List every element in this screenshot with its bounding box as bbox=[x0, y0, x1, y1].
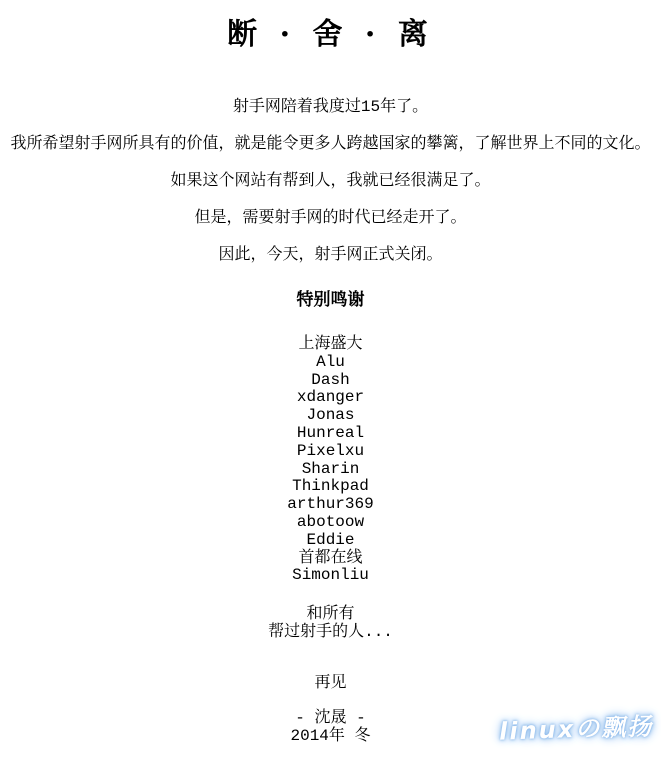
thanks-name: Hunreal bbox=[0, 425, 661, 443]
closing-line: 帮过射手的人... bbox=[0, 623, 661, 641]
thanks-name: Simonliu bbox=[0, 567, 661, 585]
thanks-name: 上海盛大 bbox=[0, 336, 661, 354]
thanks-name: Pixelxu bbox=[0, 443, 661, 461]
farewell-text: 再见 bbox=[0, 674, 661, 692]
thanks-name: abotoow bbox=[0, 514, 661, 532]
closing-lines: 和所有 帮过射手的人... bbox=[0, 605, 661, 641]
paragraph-line: 如果这个网站有帮到人，我就已经很满足了。 bbox=[0, 160, 661, 197]
closing-line: 和所有 bbox=[0, 605, 661, 623]
paragraph-line: 因此，今天，射手网正式关闭。 bbox=[0, 234, 661, 271]
watermark: linuxの飘扬 bbox=[498, 706, 653, 746]
page-title: 断 · 舍 · 离 bbox=[0, 0, 661, 54]
farewell-page: 断 · 舍 · 离 射手网陪着我度过15年了。 我所希望射手网所具有的价值，就是… bbox=[0, 0, 661, 757]
thanks-name-list: 上海盛大 Alu Dash xdanger Jonas Hunreal Pixe… bbox=[0, 336, 661, 585]
thanks-name: xdanger bbox=[0, 389, 661, 407]
thanks-name: Eddie bbox=[0, 532, 661, 550]
farewell-paragraphs: 射手网陪着我度过15年了。 我所希望射手网所具有的价值，就是能令更多人跨越国家的… bbox=[0, 86, 661, 271]
thanks-name: Sharin bbox=[0, 461, 661, 479]
thanks-name: Alu bbox=[0, 354, 661, 372]
thanks-name: Jonas bbox=[0, 407, 661, 425]
thanks-name: 首都在线 bbox=[0, 550, 661, 568]
special-thanks-heading: 特别鸣谢 bbox=[0, 289, 661, 315]
thanks-name: Thinkpad bbox=[0, 478, 661, 496]
thanks-name: Dash bbox=[0, 372, 661, 390]
thanks-name: arthur369 bbox=[0, 496, 661, 514]
paragraph-line: 射手网陪着我度过15年了。 bbox=[0, 86, 661, 123]
paragraph-line: 我所希望射手网所具有的价值，就是能令更多人跨越国家的攀篱，了解世界上不同的文化。 bbox=[0, 123, 661, 160]
paragraph-line: 但是，需要射手网的时代已经走开了。 bbox=[0, 197, 661, 234]
